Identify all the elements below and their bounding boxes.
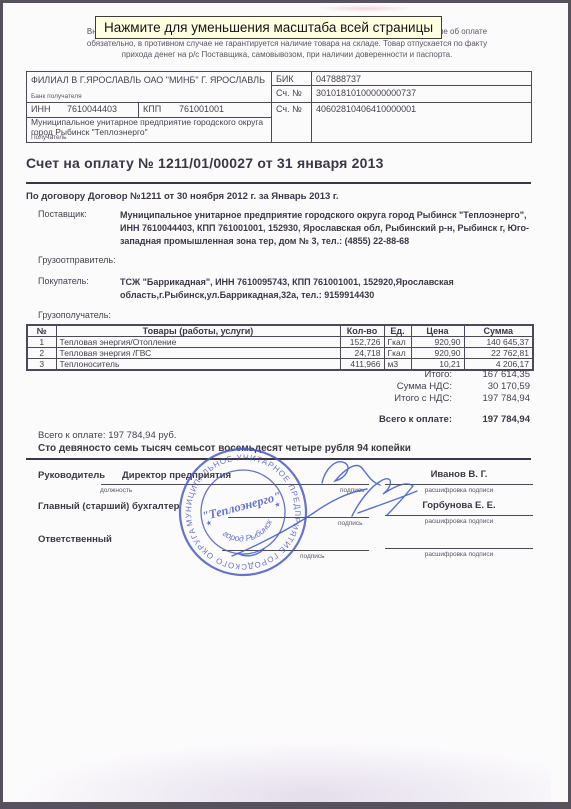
account-value: 40602810406410000001 (316, 104, 416, 114)
signature-line (385, 515, 533, 516)
table-divider (271, 72, 272, 142)
scan-artifact (320, 5, 410, 12)
accountant-name: Горбунова Е. Е. (385, 500, 533, 511)
supplier-label: Поставщик: (38, 209, 87, 219)
decode-caption: расшифровка подписи (385, 518, 533, 525)
signature-line (385, 548, 533, 549)
item-qty: 411,966 (340, 359, 384, 371)
company-round-stamp: МУНИЦИПАЛЬНОЕ УНИТАРНОЕ ПРЕДПРИЯТИЕ ГОРО… (173, 442, 313, 582)
amount-due-value: 197 784,94 (452, 414, 530, 425)
item-sum: 22 762,81 (464, 348, 533, 359)
payment-notice-line2: обязательно, в противном случае не гаран… (56, 38, 518, 50)
items-header-row: № Товары (работы, услуги) Кол-во Ед. Цен… (27, 325, 533, 337)
vat-label: Сумма НДС: (230, 381, 452, 392)
table-row: 3 Теплоноситель 411,966 м3 10,21 4 206,1… (27, 359, 533, 371)
corr-account-label: Сч. № (276, 88, 302, 98)
item-price: 920,90 (411, 337, 464, 348)
item-num: 3 (27, 359, 56, 371)
item-qty: 152,726 (340, 337, 384, 348)
bank-name: ФИЛИАЛ В Г.ЯРОСЛАВЛЬ ОАО "МИНБ" Г. ЯРОСЛ… (31, 75, 269, 85)
col-name: Товары (работы, услуги) (56, 325, 340, 337)
item-name: Тепловая энергия/Отопление (56, 337, 340, 348)
buyer-label: Покупатель: (38, 276, 89, 286)
item-name: Тепловая энергия /ГВС (56, 348, 340, 359)
head-name: Иванов В. Г. (385, 469, 533, 480)
scanned-invoice-page[interactable]: Нажмите для уменьшения масштаба всей стр… (0, 0, 571, 809)
col-num: № (27, 325, 56, 337)
bank-details-table: ФИЛИАЛ В Г.ЯРОСЛАВЛЬ ОАО "МИНБ" Г. ЯРОСЛ… (26, 71, 532, 143)
item-unit: Гкал (384, 337, 411, 348)
signature-line (385, 484, 533, 485)
table-divider (27, 102, 531, 103)
col-unit: Ед. (384, 325, 411, 337)
stamp-center-text: "Теплоэнерго" (201, 489, 283, 523)
vat-row: Сумма НДС: 30 170,59 (230, 381, 530, 392)
sign-caption: подпись (338, 520, 363, 527)
responsible-role-label: Ответственный (38, 534, 112, 545)
total-with-vat-label: Итого с НДС: (230, 393, 452, 404)
item-unit: Гкал (384, 348, 411, 359)
table-divider (138, 102, 139, 117)
item-price: 920,90 (411, 348, 464, 359)
item-price: 10,21 (411, 359, 464, 371)
amount-due-row: Всего к оплате: 197 784,94 (230, 414, 530, 425)
consignor-label: Грузоотправитель: (38, 255, 116, 265)
inn-value: 7610044403 (67, 104, 117, 114)
decode-caption: расшифровка подписи (385, 487, 533, 494)
buyer-text: ТСЖ "Баррикадная", ИНН 7610095743, КПП 7… (120, 276, 472, 302)
zoom-tooltip: Нажмите для уменьшения масштаба всей стр… (95, 16, 442, 39)
item-sum: 4 206,17 (464, 359, 533, 371)
amount-due-line: Всего к оплате: 197 784,94 руб. (38, 430, 177, 441)
bik-label: БИК (276, 74, 294, 84)
item-qty: 24,718 (340, 348, 384, 359)
consignee-label: Грузополучатель: (38, 310, 111, 320)
recipient-caption: Получатель (31, 134, 67, 141)
table-row: 2 Тепловая энергия /ГВС 24,718 Гкал 920,… (27, 348, 533, 359)
item-num: 2 (27, 348, 56, 359)
sign-caption: подпись (340, 487, 365, 494)
inn-label: ИНН (31, 104, 50, 114)
accountant-role-label: Главный (старший) бухгалтер (38, 501, 179, 512)
table-row: 1 Тепловая энергия/Отопление 152,726 Гка… (27, 337, 533, 348)
handwritten-signature (322, 462, 380, 485)
contract-line: По договору Договор №1211 от 30 ноября 2… (26, 191, 339, 202)
payment-notice-line3: прихода денег на р/с Поставщика, самовыв… (56, 49, 518, 61)
title-rule (26, 182, 531, 184)
item-name: Теплоноситель (56, 359, 340, 371)
decode-caption: расшифровка подписи (385, 551, 533, 558)
scan-artifact (20, 742, 551, 802)
amount-due-label: Всего к оплате: (230, 414, 452, 425)
items-table: № Товары (работы, услуги) Кол-во Ед. Цен… (26, 324, 534, 371)
col-price: Цена (411, 325, 464, 337)
kpp-value: 761001001 (179, 104, 224, 114)
invoice-title: Счет на оплату № 1211/01/00027 от 31 янв… (26, 155, 384, 171)
col-sum: Сумма (464, 325, 533, 337)
col-qty: Кол-во (340, 325, 384, 337)
position-caption: должность (100, 487, 132, 494)
kpp-label: КПП (143, 104, 161, 114)
supplier-text: Муниципальное унитарное предприятие горо… (120, 209, 534, 248)
item-num: 1 (27, 337, 56, 348)
bik-value: 047888737 (316, 74, 361, 84)
head-role-label: Руководитель (38, 470, 105, 481)
vat-value: 30 170,59 (452, 381, 530, 392)
corr-account-value: 30101810100000000737 (316, 88, 416, 98)
bank-caption: Банк получателя (31, 93, 82, 100)
total-with-vat-value: 197 784,94 (452, 393, 530, 404)
table-divider (311, 72, 312, 142)
account-label: Сч. № (276, 104, 302, 114)
item-unit: м3 (384, 359, 411, 371)
table-divider (271, 85, 531, 86)
total-with-vat-row: Итого с НДС: 197 784,94 (230, 393, 530, 404)
item-sum: 140 645,37 (464, 337, 533, 348)
